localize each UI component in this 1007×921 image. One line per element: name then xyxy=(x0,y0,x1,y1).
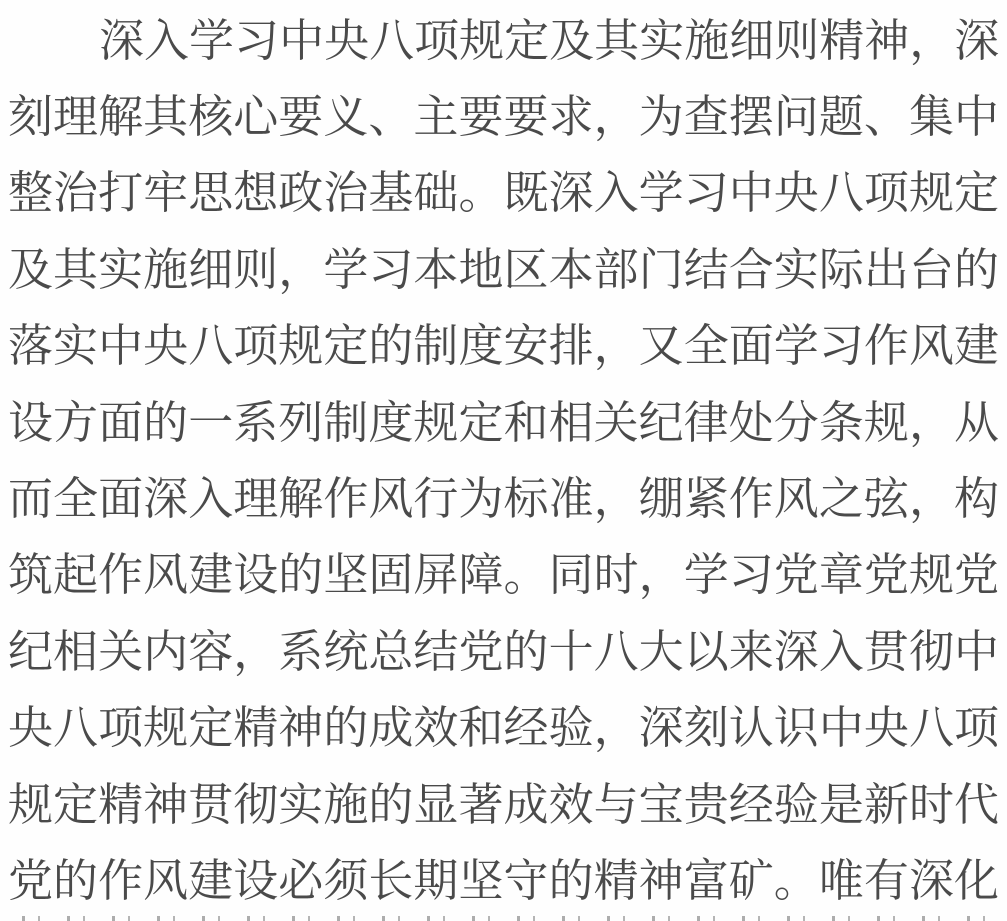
text-character: 学 xyxy=(189,18,234,63)
text-line: 整治打牢思想政治基础。既深入学习中央八项规定 xyxy=(8,155,999,231)
text-character: 规 xyxy=(909,170,954,215)
text-character: 制 xyxy=(323,400,368,445)
text-character: 纪 xyxy=(8,629,53,674)
text-character: ， xyxy=(594,323,639,368)
text-character: 规 xyxy=(413,400,458,445)
text-character: 风 xyxy=(143,552,188,597)
text-character: 容 xyxy=(188,629,233,674)
text-character: 整 xyxy=(8,170,53,215)
text-character: 设 xyxy=(233,858,278,903)
text-character: 统 xyxy=(323,629,368,674)
text-character: 作 xyxy=(729,476,774,521)
text-character: 坚 xyxy=(458,858,503,903)
text-character: 定 xyxy=(323,323,368,368)
text-character: 习 xyxy=(729,552,774,597)
text-character: 部 xyxy=(594,247,639,292)
text-character: 期 xyxy=(413,858,458,903)
text-character: 面 xyxy=(729,323,774,368)
text-character: 治 xyxy=(53,170,98,215)
text-character: 施 xyxy=(684,18,729,63)
text-character: 本 xyxy=(549,247,594,292)
text-character: 标 xyxy=(504,476,549,521)
text-character: 风 xyxy=(909,323,954,368)
text-character: ， xyxy=(594,94,639,139)
text-character: 八 xyxy=(369,18,414,63)
text-character: 习 xyxy=(684,170,729,215)
text-character: 深 xyxy=(143,476,188,521)
text-character: 屏 xyxy=(413,552,458,597)
text-character: 习 xyxy=(368,247,413,292)
text-character: 入 xyxy=(819,629,864,674)
text-character: 矿 xyxy=(729,858,774,903)
text-character: 深 xyxy=(774,629,819,674)
text-character: 实 xyxy=(53,323,98,368)
text-character: 之 xyxy=(819,476,864,521)
text-character: 而 xyxy=(8,476,53,521)
text-character: 要 xyxy=(504,94,549,139)
text-character: 设 xyxy=(233,552,278,597)
text-character: 是 xyxy=(819,782,864,827)
text-character: 施 xyxy=(323,782,368,827)
text-character: 实 xyxy=(98,247,143,292)
text-line: 及其实施细则，学习本地区本部门结合实际出台的 xyxy=(8,231,999,307)
text-character: 富 xyxy=(684,858,729,903)
text-character: 全 xyxy=(53,476,98,521)
text-character: 须 xyxy=(323,858,368,903)
text-character: 中 xyxy=(954,94,999,139)
text-character: 内 xyxy=(143,629,188,674)
text-character: ， xyxy=(594,476,639,521)
text-character: 彻 xyxy=(233,782,278,827)
text-character: 学 xyxy=(774,323,819,368)
text-line: 纪相关内容，系统总结党的十八大以来深入贯彻中 xyxy=(8,613,999,689)
text-character: 时 xyxy=(909,782,954,827)
text-character: 规 xyxy=(8,782,53,827)
text-character: 的 xyxy=(53,858,98,903)
text-character: 排 xyxy=(549,323,594,368)
text-character: 的 xyxy=(143,400,188,445)
text-character: 。 xyxy=(774,858,819,903)
text-character: 治 xyxy=(323,170,368,215)
text-character: 中 xyxy=(819,705,864,750)
text-character: 落 xyxy=(8,323,53,368)
text-character: 规 xyxy=(143,705,188,750)
text-character: 刻 xyxy=(8,94,53,139)
text-line: 规定精神贯彻实施的显著成效与宝贵经验是新时代 xyxy=(8,766,999,842)
text-character: 著 xyxy=(458,782,503,827)
text-character: 其 xyxy=(53,247,98,292)
text-character: ， xyxy=(594,705,639,750)
text-character: 及 xyxy=(8,247,53,292)
text-character: 作 xyxy=(864,323,909,368)
text-character: 的 xyxy=(368,782,413,827)
text-character: 和 xyxy=(458,705,503,750)
text-character: 思 xyxy=(188,170,233,215)
text-character: 地 xyxy=(458,247,503,292)
text-character: 识 xyxy=(774,705,819,750)
text-character: 及 xyxy=(549,18,594,63)
text-character: 神 xyxy=(639,858,684,903)
text-character: 分 xyxy=(774,400,819,445)
text-character: 既 xyxy=(504,170,549,215)
text-character: 定 xyxy=(53,782,98,827)
text-character: 十 xyxy=(549,629,594,674)
text-character: 学 xyxy=(639,170,684,215)
text-character: 律 xyxy=(684,400,729,445)
text-character: 央 xyxy=(774,170,819,215)
text-character: 相 xyxy=(53,629,98,674)
text-character: 集 xyxy=(909,94,954,139)
text-character: 纪 xyxy=(639,400,684,445)
text-character: 政 xyxy=(278,170,323,215)
text-character: 同 xyxy=(549,552,594,597)
text-character: 经 xyxy=(504,705,549,750)
text-character: 题 xyxy=(819,94,864,139)
text-character: 紧 xyxy=(684,476,729,521)
text-character: 项 xyxy=(954,705,999,750)
text-character: 习 xyxy=(234,18,279,63)
text-character: 作 xyxy=(323,476,368,521)
text-character: 中 xyxy=(954,629,999,674)
text-character: 区 xyxy=(504,247,549,292)
text-line: 刻理解其核心要义、主要要求，为查摆问题、集中 xyxy=(8,78,999,154)
text-character: 成 xyxy=(504,782,549,827)
text-character: 细 xyxy=(729,18,774,63)
text-character: 有 xyxy=(864,858,909,903)
text-character: 长 xyxy=(368,858,413,903)
text-character: 系 xyxy=(278,629,323,674)
text-character: 实 xyxy=(639,18,684,63)
text-character: 。 xyxy=(504,552,549,597)
text-character: 建 xyxy=(954,323,999,368)
text-character: 学 xyxy=(323,247,368,292)
text-character: 则 xyxy=(774,18,819,63)
text-line: 央八项规定精神的成效和经验，深刻认识中央八项 xyxy=(8,690,999,766)
text-character: 风 xyxy=(368,476,413,521)
text-line: 设方面的一系列制度规定和相关纪律处分条规，从 xyxy=(8,384,999,460)
text-character: 的 xyxy=(954,247,999,292)
text-character: 细 xyxy=(188,247,233,292)
text-character: 项 xyxy=(414,18,459,63)
text-character: 习 xyxy=(819,323,864,368)
text-character: 规 xyxy=(864,400,909,445)
text-character: 风 xyxy=(143,858,188,903)
text-character: 建 xyxy=(188,552,233,597)
text-character: 精 xyxy=(98,782,143,827)
text-character: 入 xyxy=(594,170,639,215)
text-character: 央 xyxy=(143,323,188,368)
text-character: 的 xyxy=(504,629,549,674)
text-character: 精 xyxy=(233,705,278,750)
text-character: 牢 xyxy=(143,170,188,215)
text-character: 化 xyxy=(954,858,999,903)
text-character: 八 xyxy=(909,705,954,750)
text-character: 代 xyxy=(954,782,999,827)
text-character: 实 xyxy=(774,247,819,292)
text-character: 深 xyxy=(639,705,684,750)
text-character: 新 xyxy=(864,782,909,827)
text-character: 。 xyxy=(458,170,503,215)
text-character: 项 xyxy=(864,170,909,215)
text-character: ， xyxy=(233,629,278,674)
text-character: 定 xyxy=(954,170,999,215)
clipped-next-line xyxy=(8,916,999,921)
text-character: 定 xyxy=(458,400,503,445)
text-character: 其 xyxy=(143,94,188,139)
text-character: 础 xyxy=(413,170,458,215)
text-character: 准 xyxy=(549,476,594,521)
text-character: 主 xyxy=(413,94,458,139)
text-character: 中 xyxy=(729,170,774,215)
text-character: 必 xyxy=(278,858,323,903)
text-character: 解 xyxy=(278,476,323,521)
text-character: 深 xyxy=(99,18,144,63)
text-character: 系 xyxy=(233,400,278,445)
text-character: 入 xyxy=(144,18,189,63)
text-character: 坚 xyxy=(323,552,368,597)
text-character: 际 xyxy=(819,247,864,292)
text-character: 又 xyxy=(639,323,684,368)
text-character: 建 xyxy=(188,858,233,903)
text-character: 央 xyxy=(324,18,369,63)
text-character: 刻 xyxy=(684,705,729,750)
text-character: 党 xyxy=(774,552,819,597)
text-character: 为 xyxy=(639,94,684,139)
text-character: 结 xyxy=(684,247,729,292)
text-character: 面 xyxy=(98,400,143,445)
text-character: 党 xyxy=(8,858,53,903)
text-character: 深 xyxy=(549,170,594,215)
text-character: 实 xyxy=(278,782,323,827)
text-character: 台 xyxy=(909,247,954,292)
text-character: 入 xyxy=(188,476,233,521)
text-character: 设 xyxy=(8,400,53,445)
text-character: 构 xyxy=(954,476,999,521)
text-character: 党 xyxy=(458,629,503,674)
text-character: 大 xyxy=(639,629,684,674)
text-character: 宝 xyxy=(639,782,684,827)
text-character: 方 xyxy=(53,400,98,445)
text-character: 贯 xyxy=(864,629,909,674)
text-character: 面 xyxy=(98,476,143,521)
text-character: 神 xyxy=(143,782,188,827)
text-character: 障 xyxy=(458,552,503,597)
text-character: 求 xyxy=(549,94,594,139)
text-line: 而全面深入理解作风行为标准，绷紧作风之弦，构 xyxy=(8,460,999,536)
document-page: 深入学习中央八项规定及其实施细则精神，深刻理解其核心要义、主要要求，为查摆问题、… xyxy=(0,0,1007,921)
text-character: 验 xyxy=(549,705,594,750)
text-character: 心 xyxy=(233,94,278,139)
text-character: 绷 xyxy=(639,476,684,521)
text-character: 中 xyxy=(279,18,324,63)
text-character: 条 xyxy=(819,400,864,445)
text-line: 落实中央八项规定的制度安排，又全面学习作风建 xyxy=(8,308,999,384)
text-character: 唯 xyxy=(819,858,864,903)
text-character: 贵 xyxy=(684,782,729,827)
text-character: 其 xyxy=(594,18,639,63)
text-character: 摆 xyxy=(729,94,774,139)
text-character: 验 xyxy=(774,782,819,827)
text-character: 结 xyxy=(413,629,458,674)
text-character: 八 xyxy=(53,705,98,750)
text-character: 学 xyxy=(684,552,729,597)
text-character: 中 xyxy=(98,323,143,368)
text-character: 神 xyxy=(864,18,909,63)
text-character: 总 xyxy=(368,629,413,674)
text-character: 列 xyxy=(278,400,323,445)
text-character: 关 xyxy=(98,629,143,674)
text-line: 党的作风建设必须长期坚守的精神富矿。唯有深化 xyxy=(8,842,999,918)
text-character: 打 xyxy=(98,170,143,215)
text-character: 项 xyxy=(233,323,278,368)
text-character: 规 xyxy=(459,18,504,63)
text-character: 神 xyxy=(278,705,323,750)
text-character: 度 xyxy=(368,400,413,445)
text-character: 为 xyxy=(458,476,503,521)
text-character: 度 xyxy=(458,323,503,368)
text-character: 要 xyxy=(278,94,323,139)
text-character: 起 xyxy=(53,552,98,597)
text-character: 全 xyxy=(684,323,729,368)
text-character: 规 xyxy=(909,552,954,597)
text-character: 以 xyxy=(684,629,729,674)
text-character: 深 xyxy=(954,18,999,63)
text-character: 经 xyxy=(729,782,774,827)
text-character: 八 xyxy=(188,323,233,368)
text-character: 则 xyxy=(233,247,278,292)
text-character: 想 xyxy=(233,170,278,215)
text-character: 问 xyxy=(774,94,819,139)
text-character: 一 xyxy=(188,400,233,445)
text-character: 要 xyxy=(458,94,503,139)
text-character: 守 xyxy=(504,858,549,903)
text-character: 的 xyxy=(368,323,413,368)
text-character: 施 xyxy=(143,247,188,292)
text-character: 查 xyxy=(684,94,729,139)
text-character: 行 xyxy=(413,476,458,521)
text-character: 来 xyxy=(729,629,774,674)
text-character: 理 xyxy=(233,476,278,521)
text-character: 规 xyxy=(278,323,323,368)
text-character: 央 xyxy=(864,705,909,750)
text-character: 和 xyxy=(504,400,549,445)
text-character: 效 xyxy=(413,705,458,750)
text-character: 党 xyxy=(864,552,909,597)
text-character: 安 xyxy=(504,323,549,368)
text-character: 、 xyxy=(864,94,909,139)
text-character: ， xyxy=(278,247,323,292)
text-character: ， xyxy=(639,552,684,597)
text-character: 合 xyxy=(729,247,774,292)
text-character: 项 xyxy=(98,705,143,750)
text-character: 深 xyxy=(909,858,954,903)
text-character: 认 xyxy=(729,705,774,750)
text-character: 制 xyxy=(413,323,458,368)
text-character: 本 xyxy=(413,247,458,292)
text-character: 关 xyxy=(594,400,639,445)
text-character: 相 xyxy=(549,400,594,445)
text-character: 作 xyxy=(98,552,143,597)
text-character: ， xyxy=(909,476,954,521)
text-character: ， xyxy=(909,400,954,445)
text-character: 处 xyxy=(729,400,774,445)
text-character: 八 xyxy=(594,629,639,674)
text-character: 显 xyxy=(413,782,458,827)
text-character: 八 xyxy=(819,170,864,215)
text-character: 理 xyxy=(53,94,98,139)
text-character: 弦 xyxy=(864,476,909,521)
text-character: 解 xyxy=(98,94,143,139)
text-character: 与 xyxy=(594,782,639,827)
text-character: 、 xyxy=(368,94,413,139)
paragraph: 深入学习中央八项规定及其实施细则精神，深刻理解其核心要义、主要要求，为查摆问题、… xyxy=(8,2,999,919)
text-character: 门 xyxy=(639,247,684,292)
text-line: 筑起作风建设的坚固屏障。同时，学习党章党规党 xyxy=(8,537,999,613)
text-character: ， xyxy=(909,18,954,63)
text-character: 精 xyxy=(819,18,864,63)
text-character: 彻 xyxy=(909,629,954,674)
text-character: 的 xyxy=(278,552,323,597)
text-character: 章 xyxy=(819,552,864,597)
text-character: 时 xyxy=(594,552,639,597)
text-character: 筑 xyxy=(8,552,53,597)
text-character: 从 xyxy=(954,400,999,445)
text-character: 风 xyxy=(774,476,819,521)
text-character: 固 xyxy=(368,552,413,597)
text-character: 作 xyxy=(98,858,143,903)
text-character: 出 xyxy=(864,247,909,292)
text-character: 成 xyxy=(368,705,413,750)
text-character: 贯 xyxy=(188,782,233,827)
text-character: 定 xyxy=(504,18,549,63)
text-line: 深入学习中央八项规定及其实施细则精神，深 xyxy=(8,2,999,78)
text-character: 党 xyxy=(954,552,999,597)
text-character: 义 xyxy=(323,94,368,139)
text-character: 的 xyxy=(323,705,368,750)
text-character: 基 xyxy=(368,170,413,215)
text-character: 的 xyxy=(549,858,594,903)
text-character: 央 xyxy=(8,705,53,750)
text-character: 精 xyxy=(594,858,639,903)
text-character: 定 xyxy=(188,705,233,750)
text-character: 效 xyxy=(549,782,594,827)
text-character: 核 xyxy=(188,94,233,139)
